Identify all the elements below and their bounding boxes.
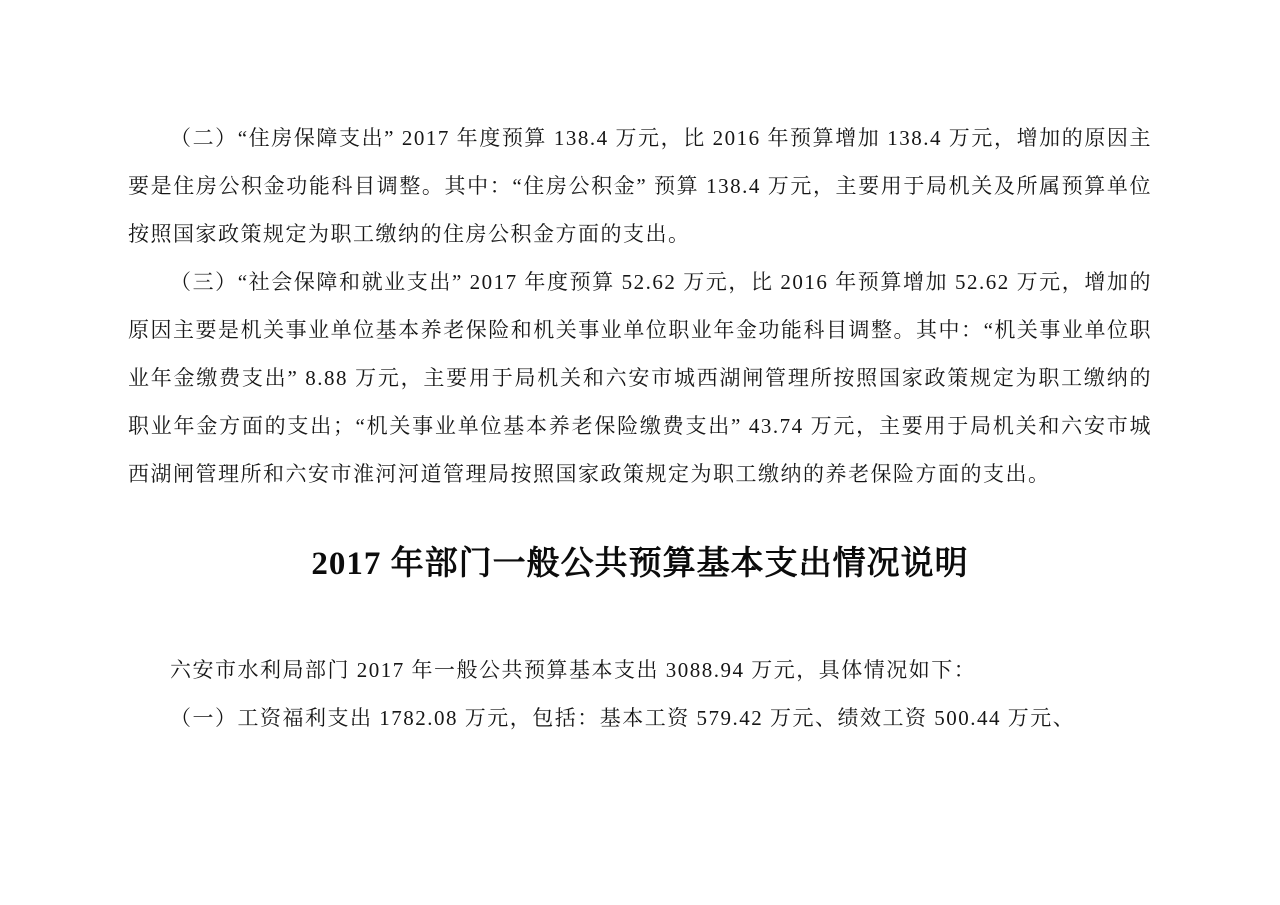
paragraph-salary-welfare-expenditure: （一）工资福利支出 1782.08 万元，包括：基本工资 579.42 万元、绩… (128, 694, 1152, 742)
paragraph-housing-expenditure: （二）“住房保障支出” 2017 年度预算 138.4 万元，比 2016 年预… (128, 114, 1152, 258)
document-page: （二）“住房保障支出” 2017 年度预算 138.4 万元，比 2016 年预… (0, 0, 1280, 905)
paragraph-social-security-expenditure: （三）“社会保障和就业支出” 2017 年度预算 52.62 万元，比 2016… (128, 258, 1152, 498)
section-heading-basic-expenditure: 2017 年部门一般公共预算基本支出情况说明 (128, 536, 1152, 592)
paragraph-total-basic-expenditure: 六安市水利局部门 2017 年一般公共预算基本支出 3088.94 万元，具体情… (128, 646, 1152, 694)
